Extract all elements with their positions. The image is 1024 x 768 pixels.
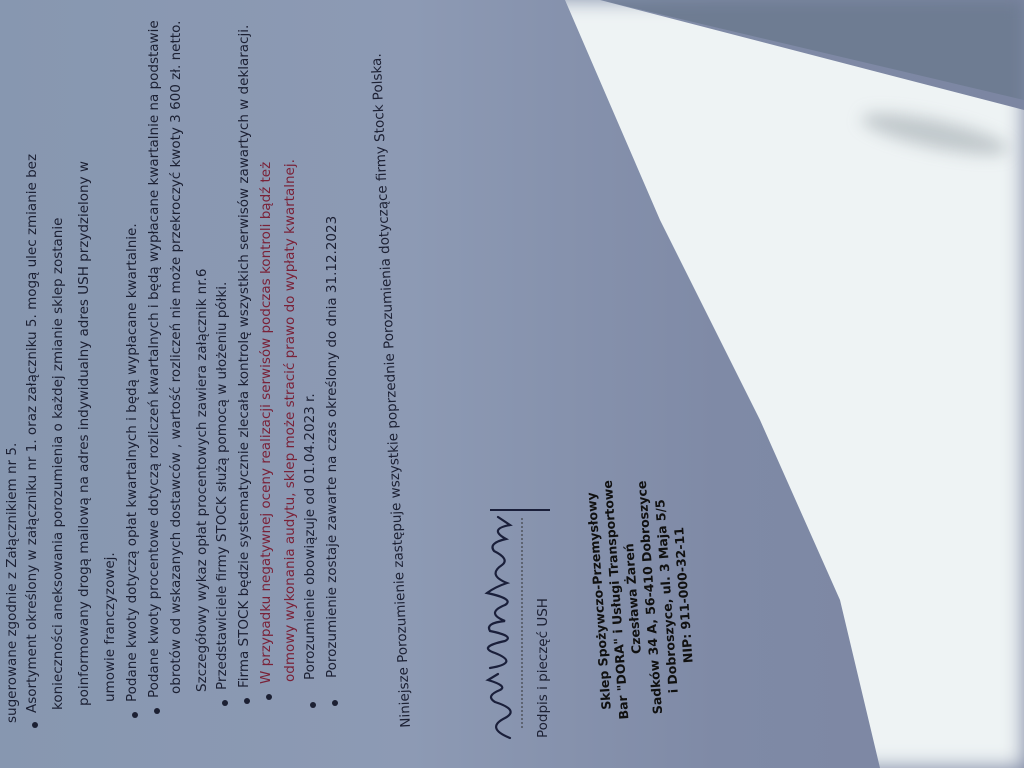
text-line: W przypadku negatywnej oceny realizacji … [258,162,274,684]
company-stamp: Sklep Spożywczo-Przemysłowy Bar "DORA" i… [582,475,700,721]
text-line: Porozumienie obowiązuje od 01.04.2023 r. [302,393,318,680]
text-line: Przedstawiciele firmy STOCK służą pomocą… [214,282,230,690]
text-line: umowie franczyzowej. [102,552,118,702]
signature-label: Podpis i pieczęć USH [535,598,551,738]
closing-statement: Niniejsze Porozumienie zastępuje wszystk… [369,53,414,728]
bullet-icon [332,700,338,706]
text-line: Podane kwoty procentowe dotyczą rozlicze… [146,20,162,698]
bullet-icon [132,712,138,718]
bullet-icon [244,698,250,704]
text-line: obrotów od wskazanych dostawców , wartoś… [168,21,184,694]
bullet-icon [310,702,316,708]
text-line: Podane kwoty dotyczą opłat kwartalnych i… [124,223,140,702]
bullet-icon [266,694,272,700]
text-line: Firma STOCK będzie systematycznie zlecał… [236,25,252,688]
text-line: sugerowane zgodnie z Załącznikiem nr 5. [4,443,20,723]
text-line: Asortyment określony w załączniku nr 1. … [24,154,40,713]
text-line: poinformowany drogą mailową na adres ind… [76,161,92,706]
bullet-icon [222,700,228,706]
text-line: Porozumienie zostaje zawarte na czas okr… [324,216,340,678]
bullet-icon [154,708,160,714]
text-line: odmowy wykonania audytu, sklep może stra… [282,159,298,682]
bullet-icon [32,722,38,728]
text-line: Szczegółowy wykaz opłat procentowych zaw… [194,269,210,692]
rotated-document: sugerowane zgodnie z Załącznikiem nr 5. … [0,0,720,768]
text-line: konieczności aneksowania porozumienia o … [50,218,66,710]
